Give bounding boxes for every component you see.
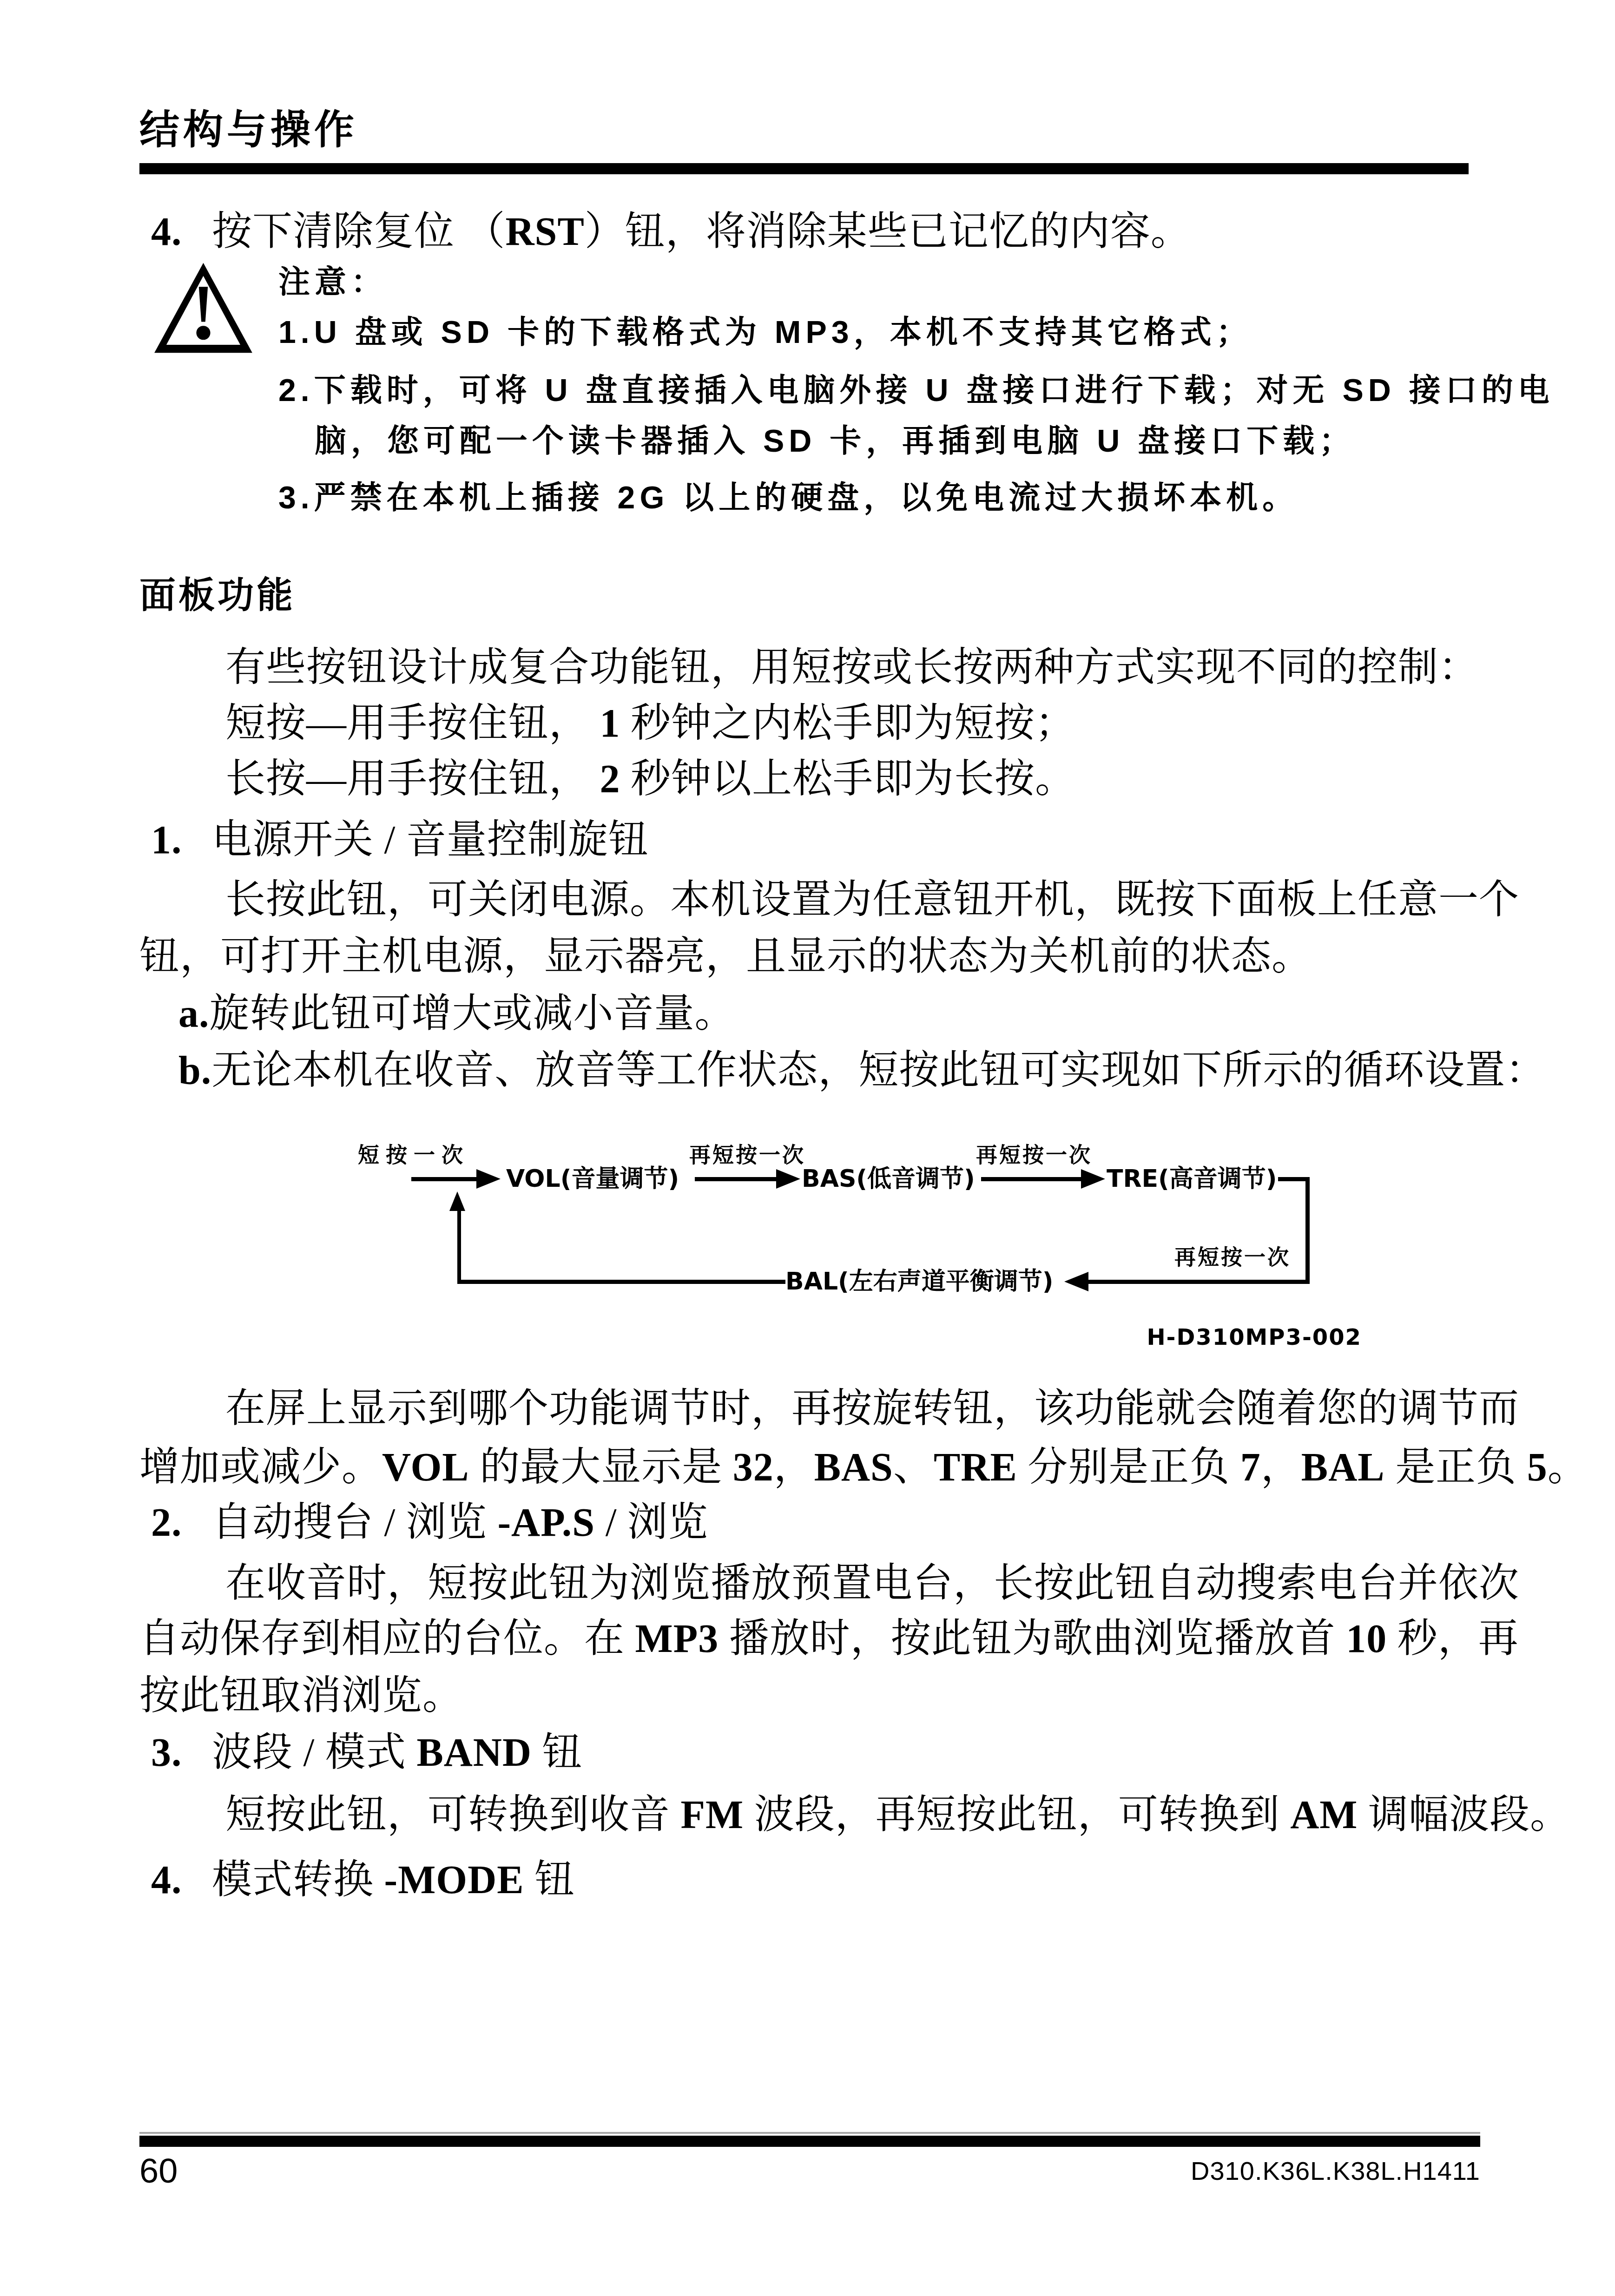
arrow-right-icon — [776, 1169, 800, 1189]
paragraph-b-cycle: b.无论本机在收音、放音等工作状态，短按此钮可实现如下所示的循环设置： — [139, 1050, 1469, 1090]
paragraph-power-1: 长按此钮，可关闭电源。本机设置为任意钮开机，既按下面板上任意一个 — [139, 880, 1469, 920]
page-title: 结构与操作 — [139, 109, 1469, 151]
footer-row: 60 D310.K36L.K38L.H1411 — [139, 2153, 1480, 2189]
arrow-line — [1088, 1280, 1310, 1284]
paragraph-aps-1: 在收音时，短按此钮为浏览播放预置电台，长按此钮自动搜索电台并依次 — [139, 1563, 1469, 1603]
paragraph-power-2: 钮，可打开主机电源，显示器亮，且显示的状态为关机前的状态。 — [139, 936, 1469, 976]
footer-thin-rule — [139, 2132, 1480, 2134]
arrow-line — [695, 1177, 776, 1181]
paragraph-a-rotate: a.旋转此钮可增大或减小音量。 — [139, 993, 1469, 1033]
page-number: 60 — [139, 2153, 178, 2189]
page-footer: 60 D310.K36L.K38L.H1411 — [139, 2132, 1480, 2189]
section-heading: 面板功能 — [139, 577, 1469, 614]
header-rule — [139, 163, 1469, 174]
diagram-label-press-again-3: 再短按一次 — [1174, 1245, 1291, 1269]
notice-label: 注意： — [278, 266, 1469, 298]
paragraph-screen-1: 在屏上显示到哪个功能调节时，再按旋转钮，该功能就会随着您的调节而 — [139, 1388, 1469, 1428]
item-number: 1. — [151, 817, 182, 862]
paragraph-long-press: 长按—用手按住钮， 2 秒钟以上松手即为长按。 — [139, 759, 1469, 799]
diagram-node-tre: TRE(高音调节) — [1107, 1164, 1277, 1193]
list-item-1-power: 1. 电源开关 / 音量控制旋钮 — [139, 820, 1469, 860]
list-item-2-aps: 2. 自动搜台 / 浏览 -AP.S / 浏览 — [139, 1502, 1469, 1542]
arrow-line — [411, 1177, 476, 1181]
notice-line-3: 3.严禁在本机上插接 2G 以上的硬盘，以免电流过大损坏本机。 — [278, 482, 1469, 513]
footer-rule — [139, 2136, 1480, 2147]
notice-line-2-cont: 脑，您可配一个读卡器插入 SD 卡，再插到电脑 U 盘接口下载； — [315, 425, 1469, 457]
item-number: 2. — [151, 1500, 182, 1545]
page-header: 结构与操作 — [0, 0, 1615, 174]
notice-block: 注意： 1.U 盘或 SD 卡的下载格式为 MP3，本机不支持其它格式； 2.下… — [139, 266, 1469, 513]
paragraph-aps-2: 自动保存到相应的台位。在 MP3 播放时，按此钮为歌曲浏览播放首 10 秒，再 — [139, 1618, 1469, 1658]
arrow-up-icon — [449, 1191, 465, 1211]
item-number: 3. — [151, 1730, 182, 1775]
paragraph-short-press: 短按—用手按住钮， 1 秒钟之内松手即为短按； — [139, 703, 1469, 743]
manual-page: 结构与操作 4. 按下清除复位 （RST）钮，将消除某些已记忆的内容。 注意： … — [0, 0, 1615, 2296]
arrow-right-icon — [476, 1169, 501, 1189]
arrow-line — [981, 1177, 1081, 1181]
connector-line — [1305, 1177, 1310, 1284]
paragraph-screen-2: 增加或减少。VOL 的最大显示是 32，BAS、TRE 分别是正负 7，BAL … — [139, 1447, 1469, 1487]
diagram-node-bas: BAS(低音调节) — [802, 1164, 975, 1193]
notice-line-2: 2.下载时，可将 U 盘直接插入电脑外接 U 盘接口进行下载；对无 SD 接口的… — [278, 375, 1469, 406]
paragraph-intro: 有些按钮设计成复合功能钮，用短按或长按两种方式实现不同的控制： — [139, 647, 1469, 687]
connector-line — [457, 1280, 785, 1284]
list-item-3-band: 3. 波段 / 模式 BAND 钮 — [139, 1732, 1469, 1772]
arrow-left-icon — [1064, 1272, 1088, 1291]
connector-line — [1278, 1177, 1310, 1181]
notice-line-1: 1.U 盘或 SD 卡的下载格式为 MP3，本机不支持其它格式； — [278, 316, 1469, 348]
item-number: 4. — [151, 1857, 182, 1902]
list-item-4-reset: 4. 按下清除复位 （RST）钮，将消除某些已记忆的内容。 — [139, 211, 1469, 251]
connector-line — [457, 1211, 461, 1284]
diagram-node-vol: VOL(音量调节) — [506, 1164, 679, 1193]
item-number: 4. — [151, 209, 182, 254]
diagram-node-bal: BAL(左右声道平衡调节) — [785, 1267, 1054, 1296]
document-code: D310.K36L.K38L.H1411 — [1191, 2153, 1480, 2189]
diagram-label-press-again-1: 再短按一次 — [689, 1143, 805, 1166]
diagram-label-press-again-2: 再短按一次 — [976, 1143, 1092, 1166]
warning-triangle-icon — [153, 262, 253, 354]
arrow-right-icon — [1081, 1169, 1105, 1189]
paragraph-band: 短按此钮，可转换到收音 FM 波段，再短按此钮，可转换到 AM 调幅波段。 — [139, 1795, 1469, 1835]
cycle-diagram: 短按一次 VOL(音量调节) 再短按一次 BAS(低音调节) 再短按一次 TRE… — [139, 1139, 1469, 1379]
paragraph-aps-3: 按此钮取消浏览。 — [139, 1676, 1469, 1716]
page-content: 4. 按下清除复位 （RST）钮，将消除某些已记忆的内容。 注意： 1.U 盘或… — [0, 211, 1615, 1900]
diagram-label-first-press: 短按一次 — [358, 1143, 469, 1166]
diagram-caption: H-D310MP3-002 — [1147, 1324, 1362, 1350]
list-item-4-mode: 4. 模式转换 -MODE 钮 — [139, 1860, 1469, 1900]
